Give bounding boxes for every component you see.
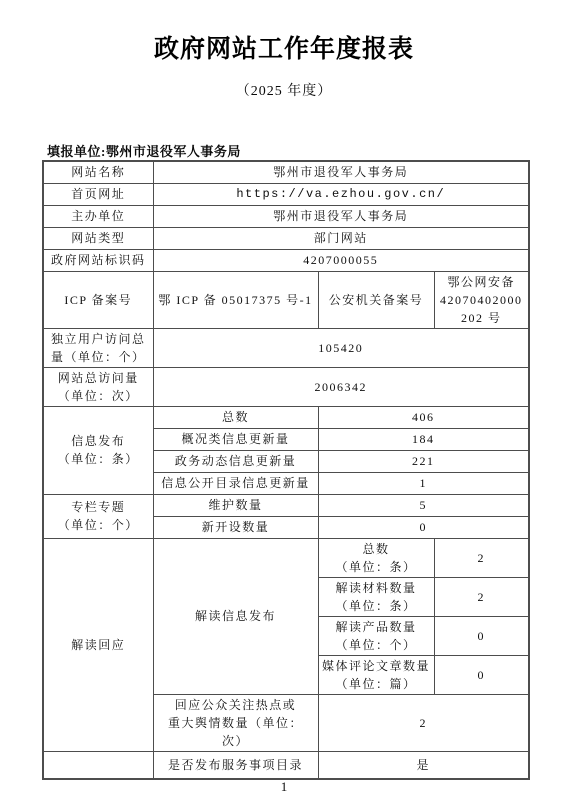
interpretation-hot-responses-label: 回应公众关注热点或 重大舆情数量（单位： 次） xyxy=(153,694,318,751)
interpretation-products-value: 0 xyxy=(434,616,529,655)
table-row: 政府网站标识码 4207000055 xyxy=(43,249,529,271)
info-publish-gov-news-value: 221 xyxy=(318,450,529,472)
report-page: 政府网站工作年度报表 （2025 年度） 填报单位:鄂州市退役军人事务局 网站名… xyxy=(0,0,568,810)
special-columns-group-label: 专栏专题 （单位：个） xyxy=(43,494,153,538)
total-visits-value: 2006342 xyxy=(153,367,529,406)
info-publish-directory-value: 1 xyxy=(318,472,529,494)
table-row: 网站类型 部门网站 xyxy=(43,227,529,249)
interpretation-total-label: 总数 （单位：条） xyxy=(318,538,434,577)
table-row: 专栏专题 （单位：个） 维护数量 5 xyxy=(43,494,529,516)
table-row: 网站总访问量 （单位：次） 2006342 xyxy=(43,367,529,406)
interpretation-media-articles-label: 媒体评论文章数量 （单位：篇） xyxy=(318,655,434,694)
interpretation-materials-value: 2 xyxy=(434,577,529,616)
page-title: 政府网站工作年度报表 xyxy=(0,29,568,65)
site-name-label: 网站名称 xyxy=(43,161,153,183)
total-visits-label: 网站总访问量 （单位：次） xyxy=(43,367,153,406)
info-publish-directory-label: 信息公开目录信息更新量 xyxy=(153,472,318,494)
info-publish-gov-news-label: 政务动态信息更新量 xyxy=(153,450,318,472)
reporting-unit: 填报单位:鄂州市退役军人事务局 xyxy=(47,141,241,160)
special-columns-new-opened-label: 新开设数量 xyxy=(153,516,318,538)
info-publish-overview-label: 概况类信息更新量 xyxy=(153,428,318,450)
special-columns-maintained-label: 维护数量 xyxy=(153,494,318,516)
interpretation-media-articles-value: 0 xyxy=(434,655,529,694)
info-publish-total-value: 406 xyxy=(318,406,529,428)
home-url-value: https://va.ezhou.gov.cn/ xyxy=(153,183,529,205)
table-row: 是否发布服务事项目录 是 xyxy=(43,751,529,779)
table-row: 独立用户访问总 量（单位：个） 105420 xyxy=(43,328,529,367)
interpretation-publish-label: 解读信息发布 xyxy=(153,538,318,694)
site-code-value: 4207000055 xyxy=(153,249,529,271)
info-publish-total-label: 总数 xyxy=(153,406,318,428)
table-row: 主办单位 鄂州市退役军人事务局 xyxy=(43,205,529,227)
icp-label: ICP 备案号 xyxy=(43,271,153,328)
table-row: 网站名称 鄂州市退役军人事务局 xyxy=(43,161,529,183)
service-directory-value: 是 xyxy=(318,751,529,779)
interpretation-group-label: 解读回应 xyxy=(43,538,153,751)
table-row: ICP 备案号 鄂 ICP 备 05017375 号-1 公安机关备案号 鄂公网… xyxy=(43,271,529,328)
site-code-label: 政府网站标识码 xyxy=(43,249,153,271)
home-url-label: 首页网址 xyxy=(43,183,153,205)
police-record-value: 鄂公网安备 42070402000 202 号 xyxy=(434,271,529,328)
interpretation-total-value: 2 xyxy=(434,538,529,577)
special-columns-maintained-value: 5 xyxy=(318,494,529,516)
special-columns-new-opened-value: 0 xyxy=(318,516,529,538)
unique-visitors-value: 105420 xyxy=(153,328,529,367)
table-row: 信息发布 （单位：条） 总数 406 xyxy=(43,406,529,428)
interpretation-materials-label: 解读材料数量 （单位：条） xyxy=(318,577,434,616)
table-row: 解读回应 解读信息发布 总数 （单位：条） 2 xyxy=(43,538,529,577)
interpretation-hot-responses-value: 2 xyxy=(318,694,529,751)
site-type-label: 网站类型 xyxy=(43,227,153,249)
service-directory-label: 是否发布服务事项目录 xyxy=(153,751,318,779)
table-row: 首页网址 https://va.ezhou.gov.cn/ xyxy=(43,183,529,205)
host-unit-value: 鄂州市退役军人事务局 xyxy=(153,205,529,227)
unique-visitors-label: 独立用户访问总 量（单位：个） xyxy=(43,328,153,367)
police-record-label: 公安机关备案号 xyxy=(318,271,434,328)
icp-value: 鄂 ICP 备 05017375 号-1 xyxy=(153,271,318,328)
empty-cell xyxy=(43,751,153,779)
site-type-value: 部门网站 xyxy=(153,227,529,249)
site-name-value: 鄂州市退役军人事务局 xyxy=(153,161,529,183)
info-publish-overview-value: 184 xyxy=(318,428,529,450)
host-unit-label: 主办单位 xyxy=(43,205,153,227)
annual-report-table: 网站名称 鄂州市退役军人事务局 首页网址 https://va.ezhou.go… xyxy=(42,160,530,780)
interpretation-products-label: 解读产品数量 （单位：个） xyxy=(318,616,434,655)
info-publish-group-label: 信息发布 （单位：条） xyxy=(43,406,153,494)
page-subtitle: （2025 年度） xyxy=(0,80,568,100)
page-number: 1 xyxy=(0,779,568,795)
